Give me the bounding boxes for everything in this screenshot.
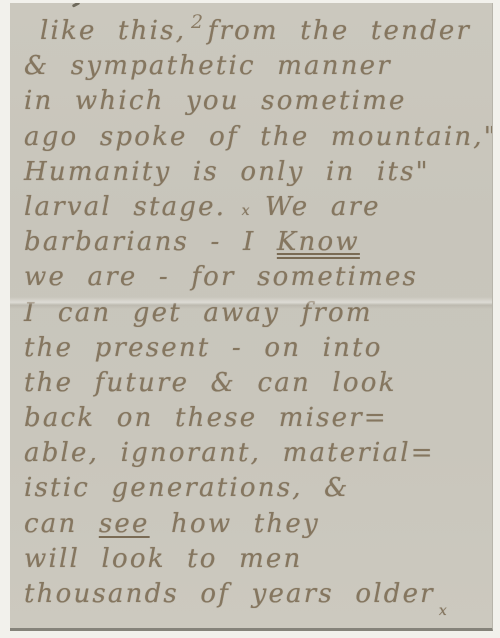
- letter-lines: like this, from the tender& sympathetic …: [24, 14, 486, 612]
- letter-line: will look to men: [24, 542, 486, 577]
- letter-text: see: [99, 509, 150, 539]
- letter-line: able, ignorant, material=: [24, 436, 486, 471]
- letter-text: how they: [150, 509, 320, 539]
- letter-line: Humanity is only in its": [24, 155, 486, 190]
- letter-text: Humanity is only in its": [24, 157, 430, 187]
- letter-text: We are: [265, 192, 381, 222]
- annotation-x-mark: x: [435, 603, 447, 619]
- letter-text: Know: [277, 227, 360, 257]
- letter-text: ago spoke of the mountain,": [24, 122, 493, 152]
- letter-text: able, ignorant, material=: [24, 438, 435, 468]
- letter-line: we are - for sometimes: [24, 260, 486, 295]
- letter-line: larval stage. x We are: [24, 190, 486, 225]
- letter-text: we are - for sometimes: [24, 262, 418, 292]
- letter-line: barbarians - I Know: [24, 225, 486, 260]
- letter-text: thousands of years older: [24, 579, 435, 609]
- letter-text: I can get away from: [24, 298, 373, 328]
- letter-line: like this, from the tender: [24, 14, 486, 49]
- letter-line: istic generations, &: [24, 471, 486, 506]
- letter-line: in which you sometime: [24, 84, 486, 119]
- letter-text: the present - on into: [24, 333, 383, 363]
- ink-speck: [72, 3, 80, 8]
- letter-text: will look to men: [24, 544, 302, 574]
- letter-text: in which you sometime: [24, 86, 407, 116]
- letter-text: istic generations, &: [24, 473, 350, 503]
- letter-text: like this, from the tender: [40, 16, 471, 46]
- letter-line: can see how they: [24, 507, 486, 542]
- letter-text: & sympathetic manner: [24, 51, 392, 81]
- annotation-x-mark: x: [226, 203, 265, 219]
- letter-text: back on these miser=: [24, 403, 388, 433]
- letter-line: the present - on into: [24, 331, 486, 366]
- letter-text: barbarians - I: [24, 227, 277, 257]
- letter-scan: 2 like this, from the tender& sympatheti…: [0, 0, 500, 638]
- letter-line: back on these miser=: [24, 401, 486, 436]
- letter-line: thousands of years olderx: [24, 577, 486, 612]
- letter-text: can: [24, 509, 99, 539]
- letter-line: the future & can look: [24, 366, 486, 401]
- letter-line: & sympathetic manner: [24, 49, 486, 84]
- letter-page: 2 like this, from the tender& sympatheti…: [10, 3, 493, 631]
- letter-line: I can get away from: [24, 296, 486, 331]
- letter-line: ago spoke of the mountain,": [24, 120, 486, 155]
- letter-text: the future & can look: [24, 368, 397, 398]
- letter-text: larval stage.: [24, 192, 226, 222]
